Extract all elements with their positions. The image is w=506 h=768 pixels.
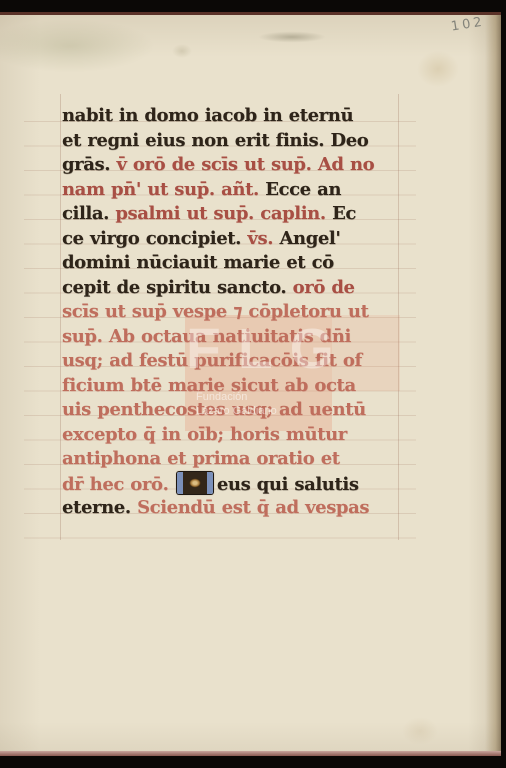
text-line: cilla. psalmi ut sup̄. caplin. Ec [62,202,407,227]
text-segment: eterne. [62,497,137,518]
text-segment: grās. [62,154,117,175]
ruling-vertical-left [60,94,61,540]
text-line: nam pn̄' ut sup̄. añt. Ecce an [62,178,407,203]
text-segment: eus qui salutis [217,474,359,495]
illuminated-initial [177,472,213,494]
text-segment: cilla. [62,203,115,224]
text-segment: domini nūciauit marie et cō [62,252,334,273]
manuscript-photo: nabit in domo iacob in eternūet regni ei… [0,0,506,768]
watermark-text-line2: Lázaro Galdiano [196,404,277,418]
photo-border-top [0,0,506,12]
text-segment: v̄s. [247,228,279,249]
photo-border-right [501,0,506,768]
text-segment: Ecce an [265,179,341,200]
watermark-initials: FLG [186,316,336,382]
text-segment: v̄ orō de scīs ut sup̄. Ad no [117,154,375,175]
watermark-text-line1: Fundación [196,390,247,404]
text-segment: antiphona et prima oratio et [62,448,340,469]
text-line: et regni eius non erit finis. Deo [62,129,407,154]
text-line: nabit in domo iacob in eternū [62,104,407,129]
text-segment: Ec [332,203,356,224]
text-line: cepit de spiritu sancto. orō de [62,276,407,301]
text-line: grās. v̄ orō de scīs ut sup̄. Ad no [62,153,407,178]
book-edge-top [0,12,506,15]
text-segment: cepit de spiritu sancto. [62,277,293,298]
text-segment: nabit in domo iacob in eternū [62,105,353,126]
text-segment: dr̄ hec orō. [62,474,175,495]
text-segment: Angel' [279,228,340,249]
text-line: antiphona et prima oratio et [62,447,407,472]
text-segment: ce virgo concipiet. [62,228,247,249]
page-edge-shade [485,11,501,756]
text-line: domini nūciauit marie et cō [62,251,407,276]
text-segment: psalmi ut sup̄. caplin. [115,203,332,224]
text-line: dr̄ hec orō. eus qui salutis [62,472,407,497]
text-segment: Sciendū est q̄ ad vespas [137,497,369,518]
text-segment: orō de [293,277,355,298]
text-line: ce virgo concipiet. v̄s. Angel' [62,227,407,252]
text-block: nabit in domo iacob in eternūet regni ei… [62,104,407,521]
text-segment: excepto q̄ in oīb; horis mūtur [62,424,347,445]
text-line: eterne. Sciendū est q̄ ad vespas [62,496,407,521]
text-line: excepto q̄ in oīb; horis mūtur [62,423,407,448]
text-segment: nam pn̄' ut sup̄. añt. [62,179,265,200]
text-segment: et regni eius non erit finis. Deo [62,130,368,151]
photo-border-bottom [0,756,506,768]
